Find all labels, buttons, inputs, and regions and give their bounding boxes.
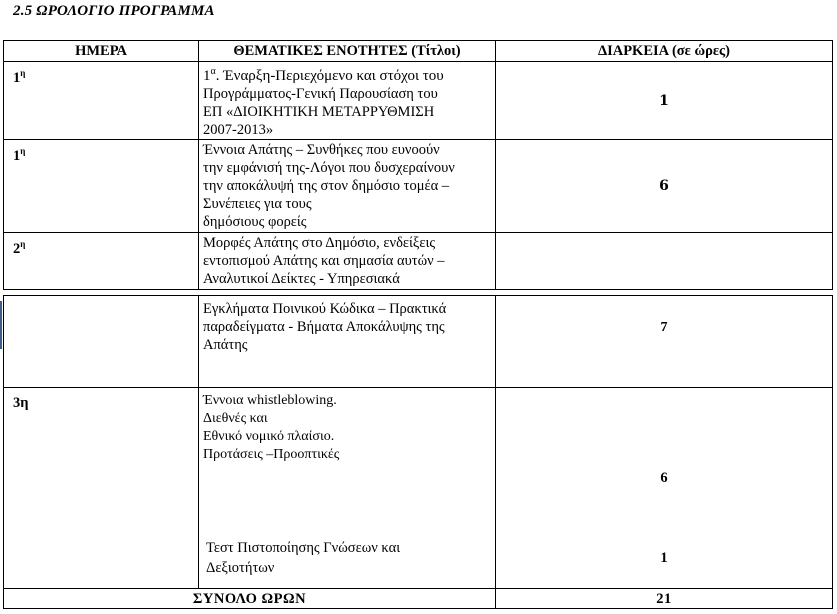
topic-cell: Έννοια Απάτης – Συνθήκες που ευνοούν την… <box>199 140 496 233</box>
duration-cell: 6 1 <box>496 388 833 589</box>
topic-block-whistleblowing: Έννοια whistleblowing. Διεθνές και Εθνικ… <box>203 392 339 464</box>
table-row: Εγκλήματα Ποινικού Κώδικα – Πρακτικά παρ… <box>4 296 833 388</box>
duration-cell: 7 <box>496 296 833 388</box>
duration-cell: 6 <box>496 140 833 233</box>
topic-cell: Έννοια whistleblowing. Διεθνές και Εθνικ… <box>199 388 496 589</box>
table-row: 1η 1α. Έναρξη-Περιεχόμενο και στόχοι του… <box>4 62 833 140</box>
total-label: ΣΥΝΟΛΟ ΩΡΩΝ <box>4 589 496 609</box>
duration-cell: 1 <box>496 62 833 140</box>
header-duration: ΔΙΑΡΚΕΙΑ (σε ώρες) <box>496 41 833 62</box>
duration-cell <box>496 233 833 290</box>
edge-marker <box>0 301 2 349</box>
day-cell: 3η <box>4 388 199 589</box>
section-title: 2.5 ΩΡΟΛΟΓΙΟ ΠΡΟΓΡΑΜΜΑ <box>13 3 215 20</box>
topic-cell: Μορφές Απάτης στο Δημόσιο, ενδείξεις εντ… <box>199 233 496 290</box>
topic-cell: 1α. Έναρξη-Περιεχόμενο και στόχοι του Πρ… <box>199 62 496 140</box>
table-row: 2η Μορφές Απάτης στο Δημόσιο, ενδείξεις … <box>4 233 833 290</box>
day-cell: 2η <box>4 233 199 290</box>
day-cell <box>4 296 199 388</box>
table-header-row: ΗΜΕΡΑ ΘΕΜΑΤΙΚΕΣ ΕΝΟΤΗΤΕΣ (Τίτλοι) ΔΙΑΡΚΕ… <box>4 41 833 62</box>
table-row: 1η Έννοια Απάτης – Συνθήκες που ευνοούν … <box>4 140 833 233</box>
total-value: 21 <box>496 589 833 609</box>
header-day: ΗΜΕΡΑ <box>4 41 199 62</box>
schedule-table-upper: ΗΜΕΡΑ ΘΕΜΑΤΙΚΕΣ ΕΝΟΤΗΤΕΣ (Τίτλοι) ΔΙΑΡΚΕ… <box>3 40 833 290</box>
header-topics: ΘΕΜΑΤΙΚΕΣ ΕΝΟΤΗΤΕΣ (Τίτλοι) <box>199 41 496 62</box>
day-cell: 1η <box>4 62 199 140</box>
schedule-table-lower: Εγκλήματα Ποινικού Κώδικα – Πρακτικά παρ… <box>3 295 833 609</box>
day-cell: 1η <box>4 140 199 233</box>
total-row: ΣΥΝΟΛΟ ΩΡΩΝ 21 <box>4 589 833 609</box>
table-row: 3η Έννοια whistleblowing. Διεθνές και Εθ… <box>4 388 833 589</box>
duration-value: 6 <box>496 469 832 487</box>
topic-cell: Εγκλήματα Ποινικού Κώδικα – Πρακτικά παρ… <box>199 296 496 388</box>
duration-value: 1 <box>496 549 832 567</box>
topic-block-test: Τεστ Πιστοποίησης Γνώσεων και Δεξιοτήτων <box>206 538 400 578</box>
